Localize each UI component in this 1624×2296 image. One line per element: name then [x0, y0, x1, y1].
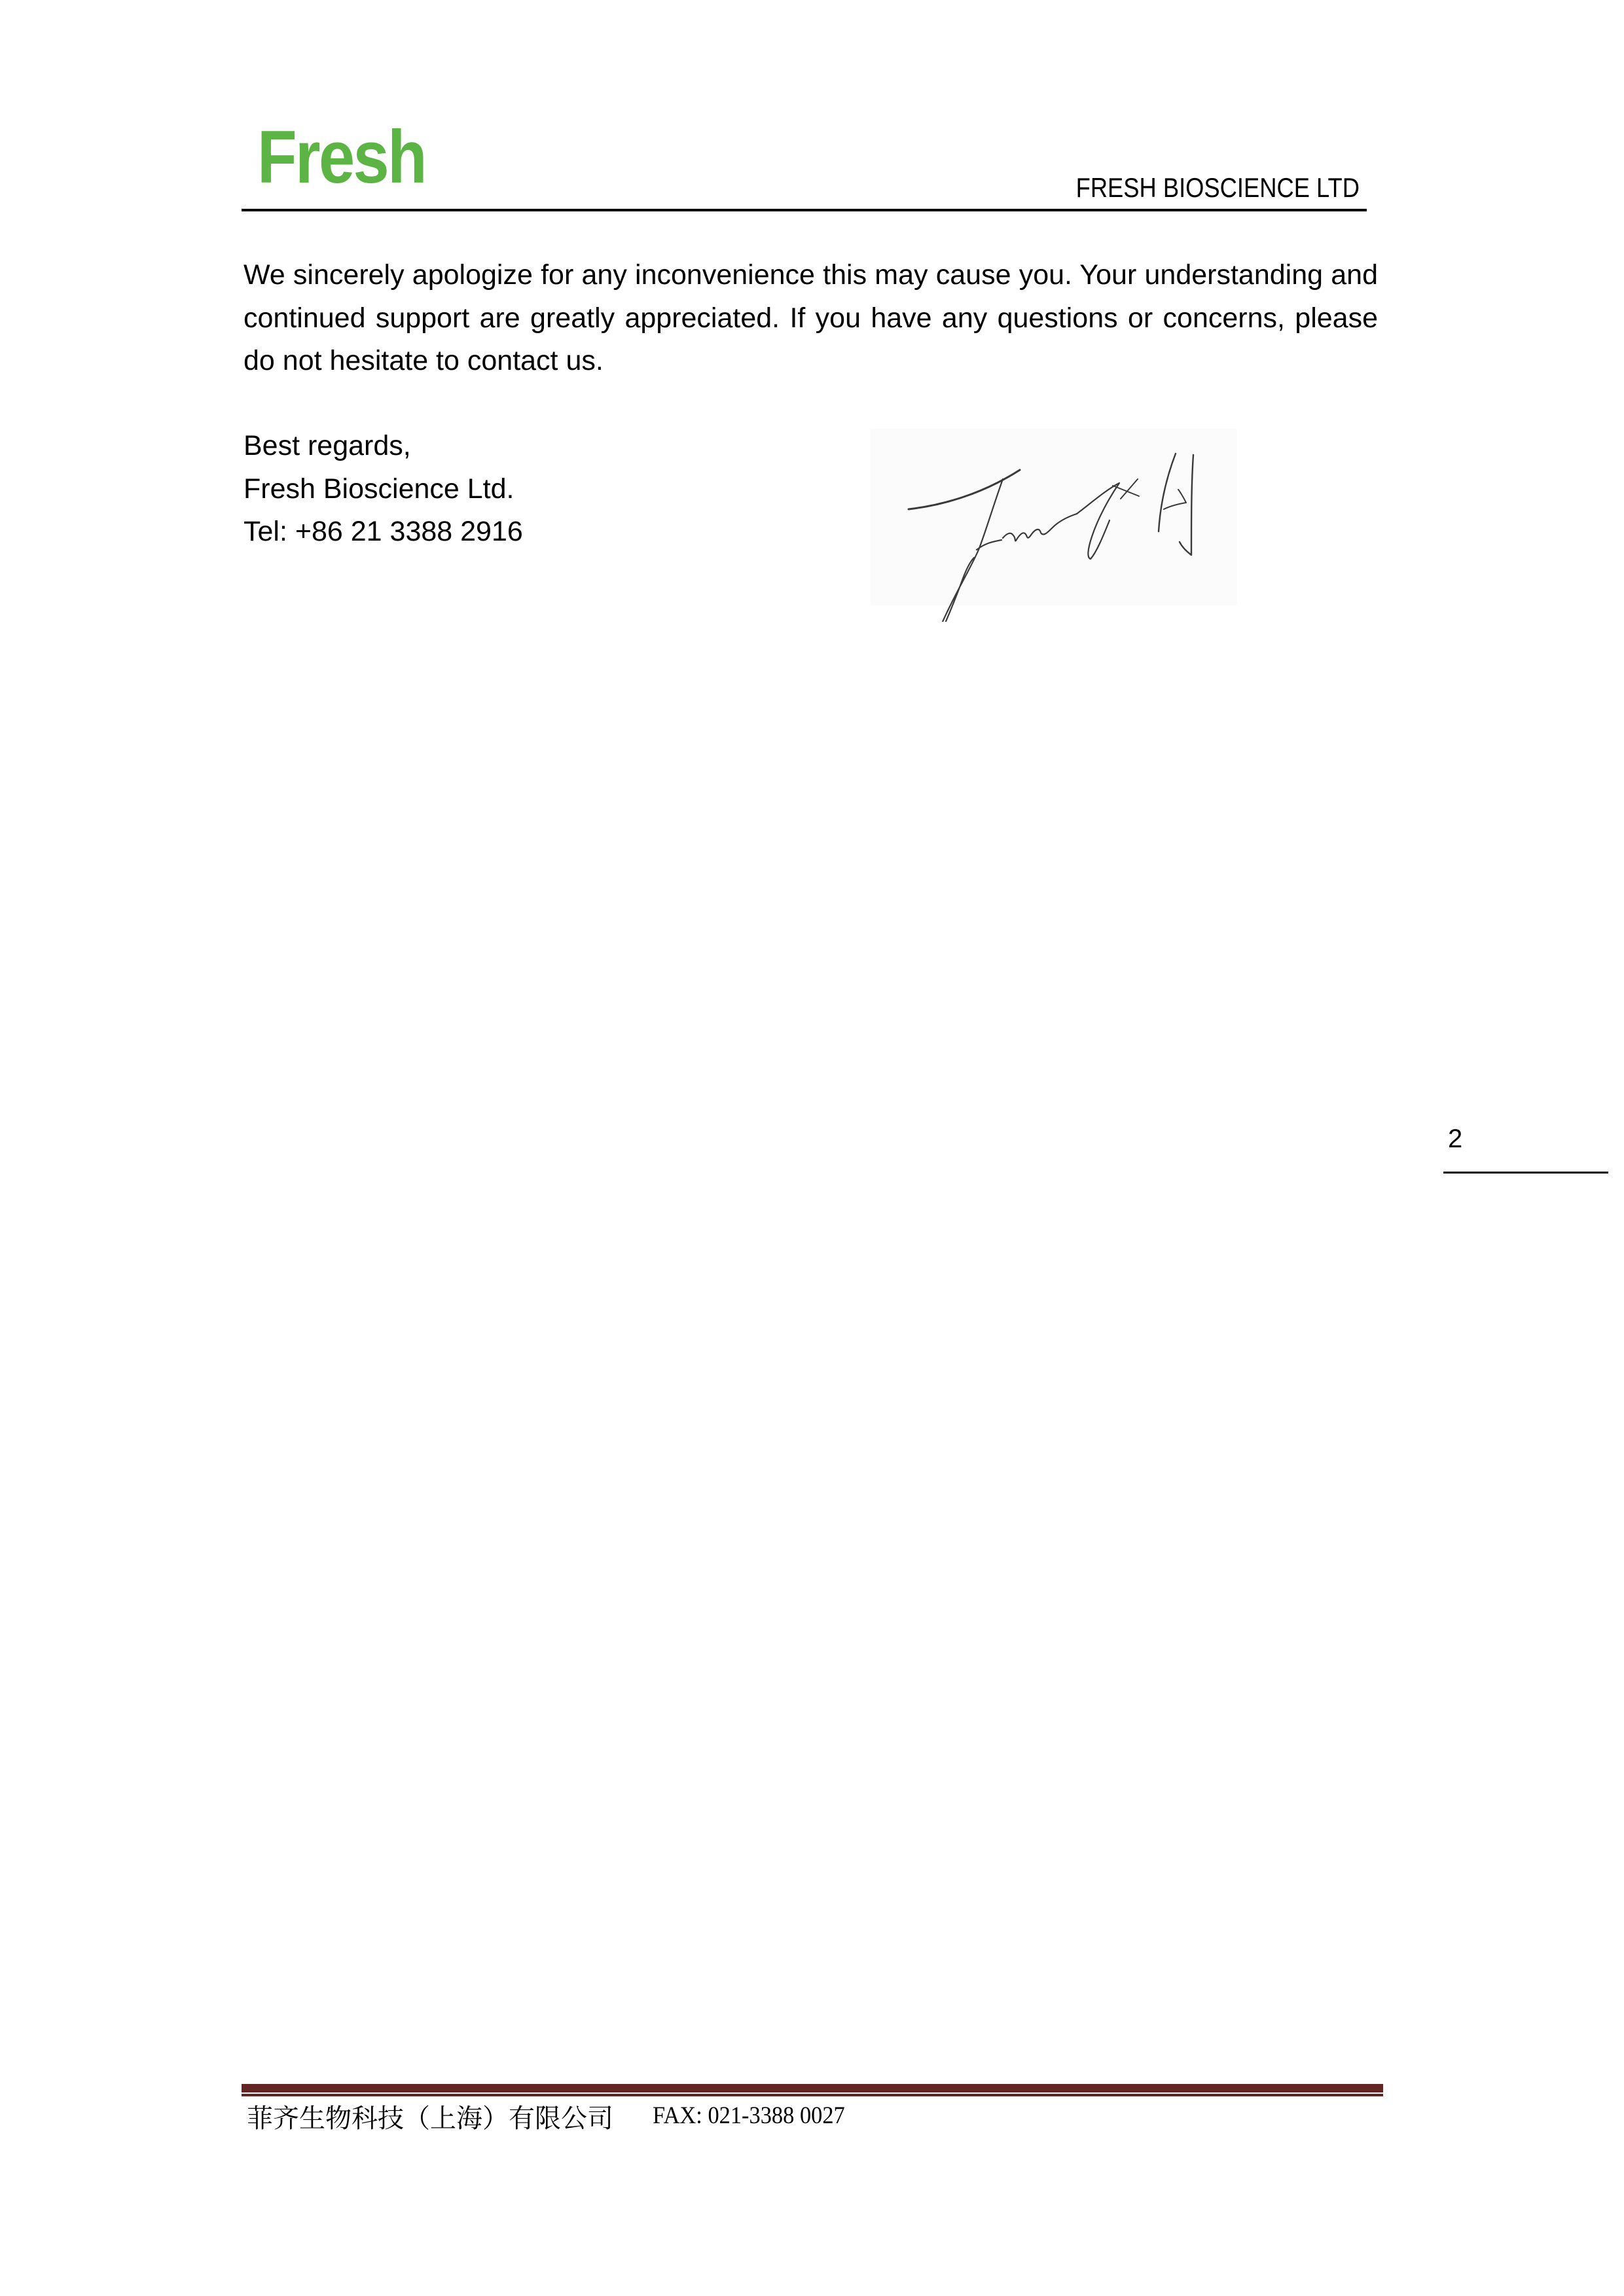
footer-divider-thick	[242, 2084, 1383, 2092]
footer-divider-thin	[242, 2094, 1383, 2096]
closing-phone: Tel: +86 21 3388 2916	[244, 511, 523, 554]
header-divider	[242, 209, 1367, 211]
footer-company-name-cn: 菲齐生物科技（上海）有限公司	[247, 2102, 613, 2135]
footer-fax-number: FAX: 021-3388 0027	[653, 2102, 845, 2130]
signature-icon	[851, 412, 1276, 622]
closing-salutation: Best regards,	[244, 425, 523, 468]
header-company-title: FRESH BIOSCIENCE LTD	[1076, 172, 1360, 204]
page-number: 2	[1448, 1122, 1462, 1155]
page-number-divider	[1443, 1172, 1608, 1174]
letter-page: Fresh FRESH BIOSCIENCE LTD We sincerely …	[0, 0, 1624, 2296]
apology-paragraph: We sincerely apologize for any inconveni…	[244, 254, 1378, 383]
signature-drawing	[851, 412, 1276, 622]
closing-company: Fresh Bioscience Ltd.	[244, 468, 523, 511]
closing-block: Best regards, Fresh Bioscience Ltd. Tel:…	[244, 425, 523, 554]
fresh-logo: Fresh	[257, 115, 425, 200]
